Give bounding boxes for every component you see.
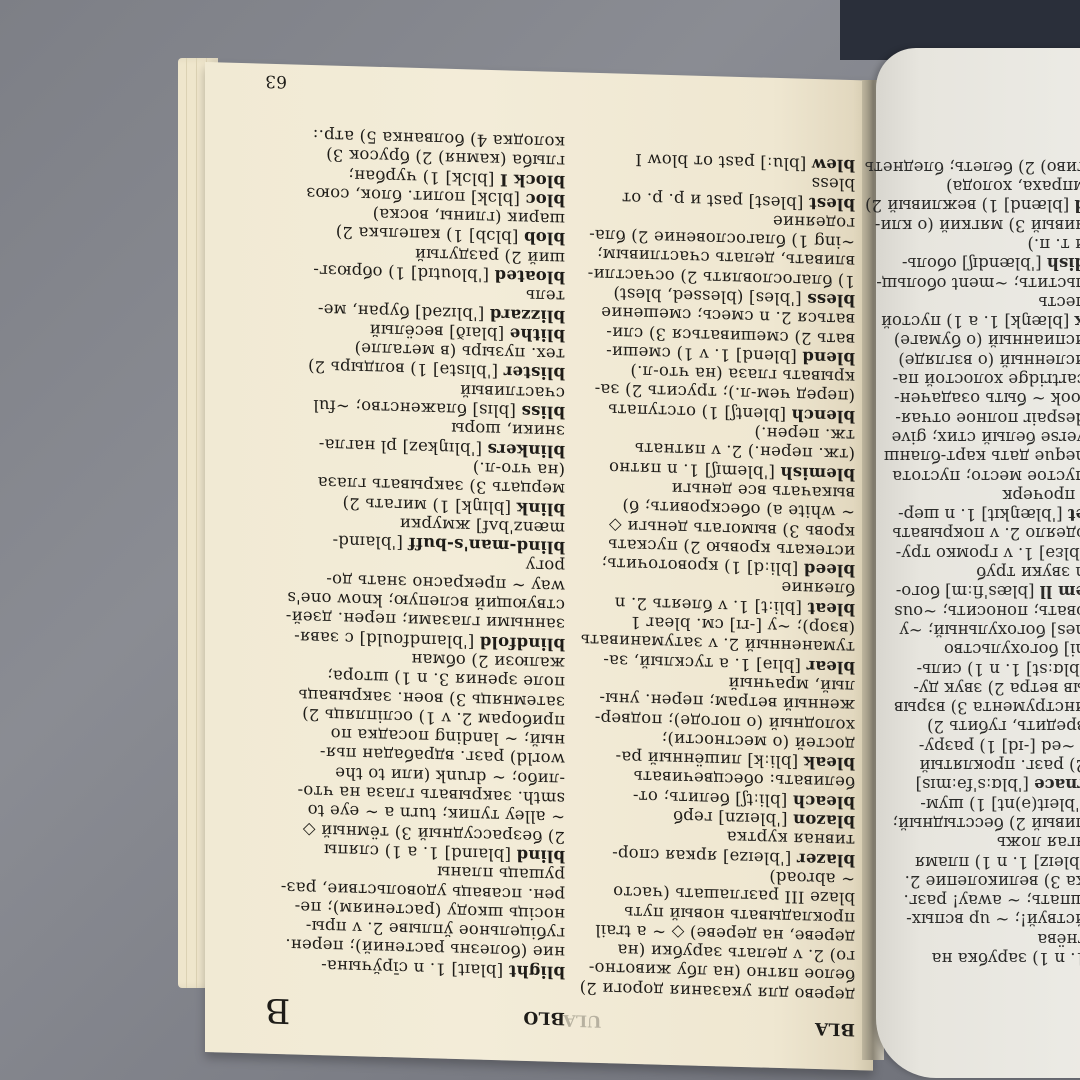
- dictionary-line: et [ˈblæŋkɪt] 1. n шер-: [756, 505, 1080, 524]
- dictionary-line: инструмента 3) взрыв: [756, 698, 1080, 717]
- headword: blithe: [510, 324, 565, 345]
- headword: blink: [516, 498, 565, 518]
- dictionary-line: [blɑːst] 1. n 1) силь-: [756, 659, 1080, 678]
- dictionary-line: d [blænd] 1) вежливый 2): [756, 196, 1080, 215]
- headword: em ll: [1040, 582, 1080, 601]
- dictionary-line: [bleɪz] 1. n 1) пламя: [756, 852, 1080, 871]
- headword: blizzard: [490, 305, 565, 326]
- headword: bloc: [525, 190, 565, 210]
- dictionary-line: look ~ быть озадачен-: [756, 389, 1080, 408]
- headword: dish: [1047, 254, 1080, 273]
- dictionary-line: шпать; ~ away! разг.: [756, 891, 1080, 910]
- dictionary-line: despair полное отчая-: [756, 408, 1080, 427]
- headword: blister: [503, 363, 565, 384]
- running-head-bla: BLA: [815, 1018, 855, 1038]
- headword: blight: [509, 961, 565, 982]
- headword: blindfold: [480, 632, 565, 653]
- section-letter: B: [265, 999, 290, 1019]
- dictionary-line: rnace [ˈblɑːsˈfəːmɪs]: [756, 775, 1080, 794]
- dictionary-line: овать; поносить; ~ous: [756, 601, 1080, 620]
- dictionary-line: n звуки труб: [756, 563, 1080, 582]
- dictionary-line: em ll [blæsˈfiːm] бого-: [756, 582, 1080, 601]
- headword: d: [1074, 196, 1080, 215]
- dictionary-line: гнёва: [756, 929, 1080, 948]
- headword: blinkers: [487, 440, 565, 461]
- column-right-partial: 1. n 1) зарубка нагнёвайствуй!; ~ up всп…: [756, 148, 1080, 968]
- page-number: 63: [265, 70, 287, 91]
- dictionary-line: [ˈbleɪt(ə)nt] 1) шум-: [756, 794, 1080, 813]
- dictionary-line: льстить; ~ment обольщ-: [756, 273, 1080, 292]
- right-dictionary-page: 1. n 1) зарубка нагнёвайствуй!; ~ up всп…: [876, 48, 1080, 1078]
- headword: et: [1068, 505, 1080, 524]
- headword: k: [1075, 312, 1080, 331]
- headword: rnace: [1034, 775, 1080, 794]
- dictionary-line: ыв ветра 2) звук ду-: [756, 679, 1080, 698]
- entries-list-a: blight [blaɪt] 1. n сīрўчына-ние (болезн…: [265, 124, 565, 981]
- dictionary-line: чивый 3) мягкий (о кли-: [756, 215, 1080, 234]
- dictionary-line: ; прочерк: [756, 486, 1080, 505]
- dictionary-line: пустое место; пустота: [756, 466, 1080, 485]
- dictionary-line: 1. n 1) зарубка на: [756, 949, 1080, 968]
- page-edge-line: [196, 58, 197, 988]
- column-blo: BLO B blight [blaɪt] 1. n сīрўчына-ние (…: [265, 119, 565, 1027]
- dictionary-line: тиво) 2) белеть; бледнеть: [756, 158, 1080, 177]
- ghost-print-through: ULA: [563, 1011, 601, 1031]
- dictionary-line: мпраха, холода): [756, 177, 1080, 196]
- page-edge-line: [186, 58, 187, 988]
- dictionary-line: heque дать карт-бланш: [756, 447, 1080, 466]
- headword: bloated: [494, 266, 565, 287]
- dictionary-line: одеяло 2. v покрывать: [756, 524, 1080, 543]
- dictionary-line: nes] богохульный; ~y: [756, 621, 1080, 640]
- dictionary-line: 2) разг. проклятый: [756, 756, 1080, 775]
- dictionary-line: [blɛə] 1. v громко тру-: [756, 543, 1080, 562]
- dictionary-line: йствуй!; ~ up вспых-: [756, 910, 1080, 929]
- headword: bliss: [521, 402, 565, 422]
- running-head: BLO: [523, 1007, 565, 1027]
- headword: blind: [516, 846, 565, 866]
- dictionary-line: k [blæŋk] 1. a 1) пустой: [756, 312, 1080, 331]
- headword: blob: [524, 228, 565, 248]
- dictionary-line: и т. п.): [756, 235, 1080, 254]
- headword: block I: [500, 170, 565, 191]
- dictionary-line: исленный (о взгляде): [756, 351, 1080, 370]
- dictionary-line: ; ~ed [-ɪd] 1) разру-: [756, 736, 1080, 755]
- entries-list-c: 1. n 1) зарубка нагнёвайствуй!; ~ up всп…: [756, 158, 1080, 968]
- dictionary-line: verse белый стих; give: [756, 428, 1080, 447]
- dictionary-line: испианный (о бумаге): [756, 331, 1080, 350]
- dictionary-line: лесть: [756, 293, 1080, 312]
- dictionary-line: dish [ˈblændɪʃ] оболь-: [756, 254, 1080, 273]
- dictionary-line: ка 3) великолепие 2.: [756, 872, 1080, 891]
- dictionary-line: ягая ложь: [756, 833, 1080, 852]
- dictionary-line: cartridge холостой па-: [756, 370, 1080, 389]
- dictionary-line: ливый 2) бесстыдный;: [756, 814, 1080, 833]
- dictionary-line: ni] богохульство: [756, 640, 1080, 659]
- dictionary-line: вредить, губить 2): [756, 717, 1080, 736]
